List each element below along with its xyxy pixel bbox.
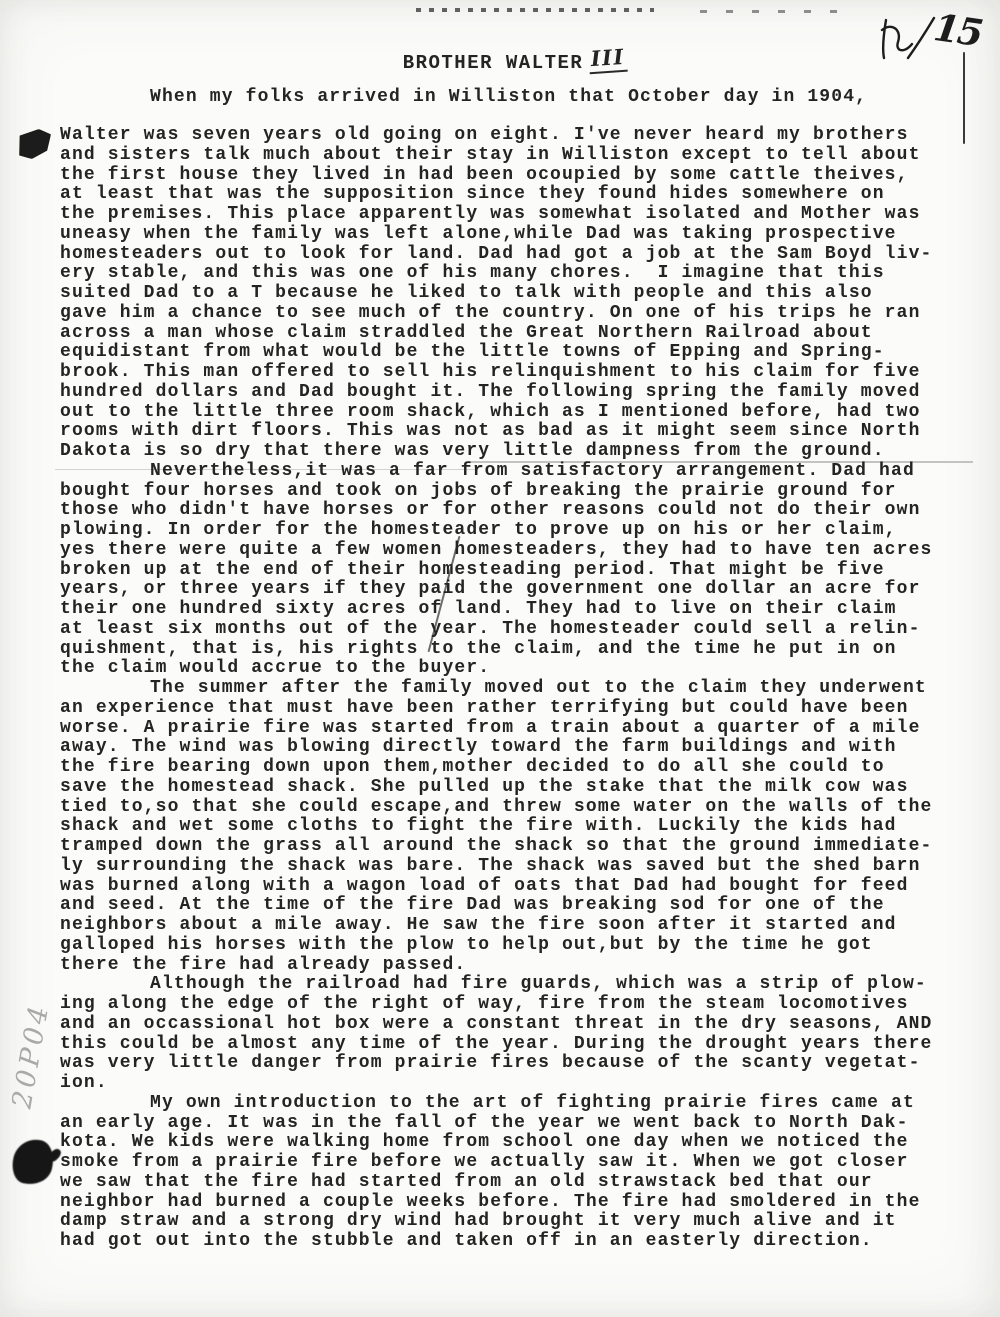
scan-artifact-dashes: [416, 8, 654, 12]
scanned-page: 15 20P04 BROTHER WALTERIII When my folks…: [0, 0, 1000, 1317]
document-content: BROTHER WALTERIII When my folks arrived …: [60, 48, 970, 1252]
document-body: Walter was seven years old going on eigh…: [60, 126, 970, 1252]
scan-artifact-dashes-2: [700, 10, 850, 13]
document-title-row: BROTHER WALTERIII: [60, 48, 970, 76]
ink-blot-icon: [8, 1135, 58, 1189]
paragraph: Although the railroad had fire guards, w…: [60, 975, 970, 1094]
opening-line: When my folks arrived in Williston that …: [60, 87, 970, 107]
handwritten-margin-note: 20P04: [2, 974, 60, 1137]
document-title: BROTHER WALTER: [403, 52, 584, 74]
paragraph: The summer after the family moved out to…: [60, 679, 970, 975]
paragraph: Walter was seven years old going on eigh…: [60, 126, 970, 462]
ink-blot-icon: [19, 129, 51, 159]
paragraph: My own introduction to the art of fighti…: [60, 1094, 970, 1252]
paragraph: Nevertheless,it was a far from satisfact…: [60, 462, 970, 679]
handwritten-title-annotation: III: [588, 44, 628, 75]
